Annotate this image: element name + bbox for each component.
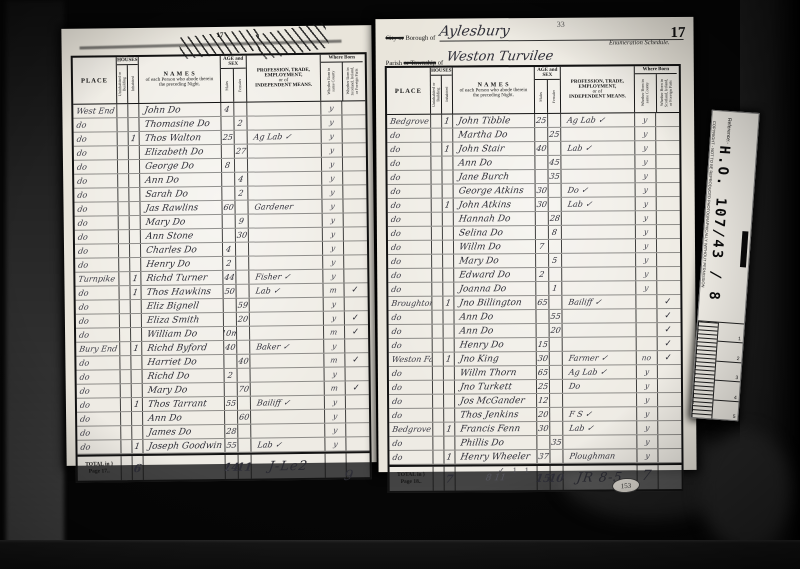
cell-b1: y	[323, 255, 344, 268]
cell-prof	[248, 172, 322, 186]
cell-u	[119, 230, 130, 243]
cell-f: 1	[549, 282, 562, 295]
cell-m: 12	[537, 394, 550, 407]
cell-prof	[562, 253, 636, 267]
cell-u	[433, 451, 444, 464]
cell-name: Ann Do	[140, 173, 222, 187]
cell-b2	[343, 129, 364, 142]
cell-f	[237, 327, 250, 340]
cell-b2	[344, 213, 365, 226]
cell-prof: Lab ✓	[563, 421, 637, 435]
cell-b1: y	[636, 239, 657, 252]
cell-u	[432, 213, 443, 226]
cell-name: Joanna Do	[454, 282, 536, 296]
names-sub2: the preceding Night.	[139, 82, 220, 88]
cell-b2: ✓	[657, 295, 678, 308]
cell-place: do	[74, 174, 118, 188]
cell-place: do	[76, 356, 120, 370]
cell-b1: y	[325, 437, 346, 450]
cell-name: Harriet Do	[142, 355, 224, 369]
cell-b2: ✓	[344, 283, 365, 296]
col-header-profession: PROFESSION, TRADE, EMPLOYMENT, or of IND…	[561, 66, 635, 113]
cell-b1: y	[635, 127, 656, 140]
cell-b2	[346, 409, 367, 422]
cell-f: 59	[237, 299, 250, 312]
cell-b2	[343, 157, 364, 170]
cell-f	[234, 103, 247, 116]
cell-u	[432, 269, 443, 282]
cell-u	[118, 146, 129, 159]
cell-prof	[563, 393, 637, 407]
cell-m: 15	[537, 338, 550, 351]
cell-b1: y	[636, 281, 657, 294]
cell-i: 1	[131, 342, 142, 355]
total-label: TOTAL in } Page 18..	[390, 467, 434, 491]
col-header-names: N A M E S of each Person who abode there…	[453, 67, 535, 114]
cell-b1: y	[637, 393, 658, 406]
cell-b1: m	[324, 353, 345, 366]
cell-i: 1	[442, 143, 453, 156]
cell-b1: y	[322, 157, 343, 170]
cell-b2	[657, 225, 678, 238]
cell-b1: y	[637, 407, 658, 420]
cell-f	[548, 142, 561, 155]
cell-b2	[657, 253, 678, 266]
cell-m: 60	[222, 201, 235, 214]
cell-u	[118, 202, 129, 215]
cell-prof	[250, 354, 324, 368]
born-sub-elsewhere: Whether Born in Scotland, Ireland, or Fo…	[660, 78, 673, 108]
cell-b2	[657, 239, 678, 252]
cell-b2	[342, 101, 363, 114]
cell-b2	[656, 113, 677, 126]
cell-m	[536, 310, 549, 323]
cell-f	[548, 114, 561, 127]
cell-b2	[344, 269, 365, 282]
cell-b2	[656, 155, 677, 168]
cell-b1: y	[636, 211, 657, 224]
cell-place: do	[75, 230, 119, 244]
cell-b1: y	[635, 113, 656, 126]
cell-b2	[657, 211, 678, 224]
cell-i: 1	[444, 423, 455, 436]
cell-b1: y	[636, 267, 657, 280]
cell-u	[121, 384, 132, 397]
houses-title: HOUSES	[431, 68, 452, 76]
cell-b1	[636, 309, 657, 322]
cell-i	[129, 146, 140, 159]
total-uninhabited	[434, 467, 445, 491]
cell-prof: Bailiff ✓	[562, 295, 636, 309]
cell-f: 40	[237, 355, 250, 368]
cell-place: Broughton Farm	[388, 297, 432, 310]
houses-sub-uninhabited: Uninhabited or Building	[117, 69, 126, 99]
cell-name: Thos Walton	[140, 131, 222, 145]
cell-b1	[636, 295, 657, 308]
cell-m	[536, 212, 549, 225]
cell-m	[222, 145, 235, 158]
cell-b1: y	[636, 183, 657, 196]
cell-place: do	[389, 367, 433, 380]
cell-m	[224, 299, 237, 312]
total-label-line2: Page 17..	[89, 468, 110, 475]
cell-place: West End	[73, 104, 117, 118]
cell-name: Richd Do	[143, 369, 225, 383]
cell-i	[131, 356, 142, 369]
cell-u	[121, 398, 132, 411]
cell-prof	[562, 281, 636, 295]
cell-i	[443, 185, 454, 198]
cell-m: 25	[537, 380, 550, 393]
cell-b1: y	[635, 155, 656, 168]
cell-prof	[563, 337, 637, 351]
cell-m: 25	[535, 114, 548, 127]
cell-m: 40	[535, 142, 548, 155]
cell-u	[121, 370, 132, 383]
cell-m	[223, 215, 236, 228]
cell-b2	[344, 227, 365, 240]
cell-i	[132, 384, 143, 397]
cell-u	[120, 356, 131, 369]
cell-u	[432, 255, 443, 268]
cell-u	[121, 440, 132, 453]
cell-b1: y	[321, 101, 342, 114]
cell-place: do	[74, 202, 118, 216]
cell-m	[224, 355, 237, 368]
cell-b1: m	[325, 381, 346, 394]
cell-u	[431, 129, 442, 142]
cell-f	[549, 268, 562, 281]
cell-b1: y	[325, 423, 346, 436]
cell-b1: y	[637, 449, 658, 462]
cell-name: George Atkins	[454, 184, 536, 198]
cell-b2	[346, 395, 367, 408]
census-page-right: 17 33 City or Borough of Aylesbury Paris…	[375, 17, 696, 472]
cell-i	[132, 370, 143, 383]
cell-b2	[656, 169, 677, 182]
tally-mark-left: 9	[343, 468, 354, 484]
cell-b1: m	[324, 325, 345, 338]
cell-f: 28	[549, 212, 562, 225]
cell-prof	[562, 225, 636, 239]
cell-f: 70	[238, 383, 251, 396]
cell-place: do	[388, 269, 432, 282]
cell-prof	[250, 326, 324, 340]
cell-place: do	[389, 381, 433, 394]
born-sub-county: Whether Born in same County	[641, 78, 650, 108]
cell-name: Ann Do	[454, 310, 536, 324]
cell-f	[238, 425, 251, 438]
cell-m	[222, 173, 235, 186]
cell-prof	[249, 228, 323, 242]
cell-f	[549, 296, 562, 309]
cell-f	[237, 341, 250, 354]
cell-b2	[656, 141, 677, 154]
cell-u	[432, 185, 443, 198]
cell-name: John Tibble	[453, 114, 535, 128]
cell-m	[537, 324, 550, 337]
cell-b2	[658, 421, 679, 434]
total-females: 10	[551, 466, 564, 490]
cell-u	[431, 171, 442, 184]
total-born2	[659, 465, 680, 489]
cell-place: do	[388, 241, 432, 254]
cell-prof	[562, 239, 636, 253]
cell-prof: Ag Lab ✓	[561, 113, 635, 127]
ruler-number: 1	[738, 337, 741, 343]
cell-prof: Ag Lab ✓	[563, 365, 637, 379]
cell-i	[444, 325, 455, 338]
cell-f: 55	[549, 310, 562, 323]
cell-name: Thos Tarrant	[143, 397, 225, 411]
houses-sub-uninhabited: Uninhabited or Building	[431, 80, 440, 110]
cell-i	[442, 171, 453, 184]
cell-m: 55	[225, 397, 238, 410]
cell-name: Willm Thorn	[455, 366, 537, 380]
label-black-tag	[740, 231, 748, 267]
cell-i	[131, 328, 142, 341]
reference-caption: Reference:-	[724, 118, 732, 144]
cell-b1: y	[636, 197, 657, 210]
cell-prof	[249, 256, 323, 270]
total-label: TOTAL in } Page 17..	[78, 456, 122, 481]
cell-b1: y	[325, 395, 346, 408]
cell-m: 20	[537, 408, 550, 421]
cell-b2	[658, 365, 679, 378]
cell-i: 1	[443, 297, 454, 310]
cell-u	[432, 297, 443, 310]
cell-name: Jos McGander	[455, 394, 537, 408]
census-page-left: 17 PLACE HOUSES Uninhabited or Building …	[61, 25, 376, 466]
cell-place: do	[74, 160, 118, 174]
born-sub-elsewhere: Whether Born in Scotland, Ireland, or Fo…	[346, 66, 360, 96]
cell-place: do	[389, 437, 433, 450]
cell-place: do	[74, 132, 118, 146]
cell-i	[444, 409, 455, 422]
cell-f	[238, 439, 251, 452]
cell-m: 30	[537, 352, 550, 365]
cell-i	[131, 314, 142, 327]
cell-u	[432, 311, 443, 324]
cell-i	[444, 381, 455, 394]
cell-prof	[563, 323, 637, 337]
cell-u	[432, 283, 443, 296]
borough-printed: Borough of	[405, 35, 435, 42]
cell-m: 4	[221, 103, 234, 116]
cell-name: Jno Turkett	[455, 380, 537, 394]
names-sub2: the preceding Night.	[453, 93, 534, 99]
cell-prof	[562, 211, 636, 225]
age-sub-males: Males	[225, 80, 230, 90]
cell-b2	[656, 127, 677, 140]
borough-printed-struck: City or	[386, 35, 404, 42]
cell-i	[128, 118, 139, 131]
census-table-left: PLACE HOUSES Uninhabited or Building Inh…	[71, 52, 372, 483]
cell-b1: y	[636, 225, 657, 238]
cell-u	[120, 328, 131, 341]
cell-place: do	[75, 244, 119, 258]
cell-i	[130, 216, 141, 229]
cell-u	[120, 342, 131, 355]
cell-i	[129, 160, 140, 173]
cell-prof: Do	[563, 379, 637, 393]
cell-prof	[248, 144, 322, 158]
cell-prof	[248, 158, 322, 172]
col-header-age: AGE and SEX Males Females	[535, 67, 561, 113]
cell-prof: F S ✓	[563, 407, 637, 421]
cell-m	[537, 436, 550, 449]
cell-b1: m	[323, 283, 344, 296]
cell-f	[550, 450, 563, 463]
cell-m: 25	[222, 131, 235, 144]
cell-m: 8	[222, 159, 235, 172]
ruler-number: 3	[735, 375, 738, 381]
total-names-scrawl	[144, 455, 226, 480]
cell-place: do	[389, 395, 433, 408]
cell-b1: y	[321, 115, 342, 128]
ruler-numbered-cells: 1 2 3 4 5	[713, 323, 744, 420]
cell-b2	[345, 339, 366, 352]
cell-place: do	[387, 157, 431, 170]
cell-name: Thos Jenkins	[455, 408, 537, 422]
cell-b2	[658, 435, 679, 448]
cell-m: 4	[223, 243, 236, 256]
cell-place: do	[74, 188, 118, 202]
cell-name: Francis Fenn	[455, 422, 537, 436]
cell-f	[549, 184, 562, 197]
cell-m: 40	[224, 341, 237, 354]
cell-b2	[342, 115, 363, 128]
cell-prof	[563, 435, 637, 449]
pencil-check-left: ✓	[224, 464, 232, 475]
cell-u	[121, 412, 132, 425]
cell-b2: ✓	[658, 351, 679, 364]
cell-place: do	[75, 216, 119, 230]
cell-name: James Do	[143, 425, 225, 439]
cell-name: Hannah Do	[454, 212, 536, 226]
table-body: Bedgrove1John Tibble25Ag Lab ✓ydoMartha …	[387, 113, 681, 465]
cell-m: 2	[223, 257, 236, 270]
cell-prof	[248, 186, 322, 200]
age-sub-males: Males	[539, 92, 543, 102]
cell-i	[129, 188, 140, 201]
cell-prof: Ploughman	[563, 449, 637, 463]
cell-u	[118, 174, 129, 187]
cell-f	[236, 271, 249, 284]
enumeration-schedule-label: Enumeration Schedule.	[609, 39, 670, 46]
cell-b1: y	[322, 129, 343, 142]
cell-b2	[346, 423, 367, 436]
cell-b1: y	[324, 297, 345, 310]
cell-prof	[247, 102, 321, 116]
ruler: 1 2 3 4 5	[691, 320, 744, 420]
cell-f	[235, 159, 248, 172]
cell-f	[235, 131, 248, 144]
cell-b1: y	[325, 409, 346, 422]
cell-place: do	[388, 227, 432, 240]
cell-i	[443, 283, 454, 296]
col-header-houses: HOUSES Uninhabited or Building Inhabited	[431, 68, 453, 114]
table-header: PLACE HOUSES Uninhabited or Building Inh…	[387, 66, 679, 115]
parish-written: Weston Turvilee	[446, 50, 554, 64]
cell-prof: Lab ✓	[249, 284, 323, 298]
cell-b1: y	[637, 435, 658, 448]
cell-prof	[247, 116, 321, 130]
cell-i	[130, 244, 141, 257]
cell-i	[444, 437, 455, 450]
cell-i	[443, 311, 454, 324]
cell-prof: Baker ✓	[250, 340, 324, 354]
houses-sub-inhabited: Inhabited	[445, 87, 449, 102]
cell-b2	[658, 379, 679, 392]
cell-b2	[657, 183, 678, 196]
cell-place: do	[389, 451, 433, 464]
born-sub-county: Whether Born in same County	[327, 67, 336, 97]
cell-b1: y	[325, 367, 346, 380]
cell-i	[442, 129, 453, 142]
cell-i	[130, 258, 141, 271]
age-title3: SEX	[542, 73, 552, 78]
cell-i	[129, 202, 140, 215]
cell-m	[535, 170, 548, 183]
cell-name: John Atkins	[454, 198, 536, 212]
cell-place: do	[387, 171, 431, 184]
cell-name: Selina Do	[454, 226, 536, 240]
cell-u	[119, 286, 130, 299]
cell-place: do	[388, 185, 432, 198]
cell-m: 30	[537, 422, 550, 435]
cell-name: Jno King	[455, 352, 537, 366]
cell-place: do	[76, 300, 120, 314]
cell-m	[225, 411, 238, 424]
cell-b2: ✓	[658, 323, 679, 336]
ruler-number: 5	[732, 414, 735, 420]
cell-u	[431, 115, 442, 128]
cell-name: Ann Do	[143, 411, 225, 425]
cell-i: 1	[129, 132, 140, 145]
cell-b2	[344, 241, 365, 254]
cell-f: 9	[236, 215, 249, 228]
cell-f	[550, 394, 563, 407]
cell-place: do	[387, 143, 431, 156]
cell-prof	[561, 155, 635, 169]
cell-name: Jno Billington	[454, 296, 536, 310]
table-body: West EndJohn Do4ydoThomasine Do2ydo1Thos…	[73, 101, 369, 455]
cell-b1: y	[323, 269, 344, 282]
cell-place: do	[388, 283, 432, 296]
cell-u	[433, 325, 444, 338]
cell-name: William Do	[142, 327, 224, 341]
cell-b2	[657, 281, 678, 294]
cell-m: 44	[223, 271, 236, 284]
cell-f: 20	[550, 324, 563, 337]
cell-prof	[251, 424, 325, 438]
cell-m	[536, 226, 549, 239]
cell-b1: y	[635, 141, 656, 154]
cell-b1: no	[637, 351, 658, 364]
cell-prof: Lab ✓	[251, 438, 325, 452]
cell-u	[432, 241, 443, 254]
cell-m	[535, 156, 548, 169]
cell-i: 1	[443, 199, 454, 212]
cell-u	[433, 339, 444, 352]
cell-u	[431, 157, 442, 170]
cell-i	[443, 255, 454, 268]
cell-u	[118, 188, 129, 201]
cell-prof: Ag Lab ✓	[248, 130, 322, 144]
cell-place: do	[77, 384, 121, 398]
cell-u	[120, 314, 131, 327]
